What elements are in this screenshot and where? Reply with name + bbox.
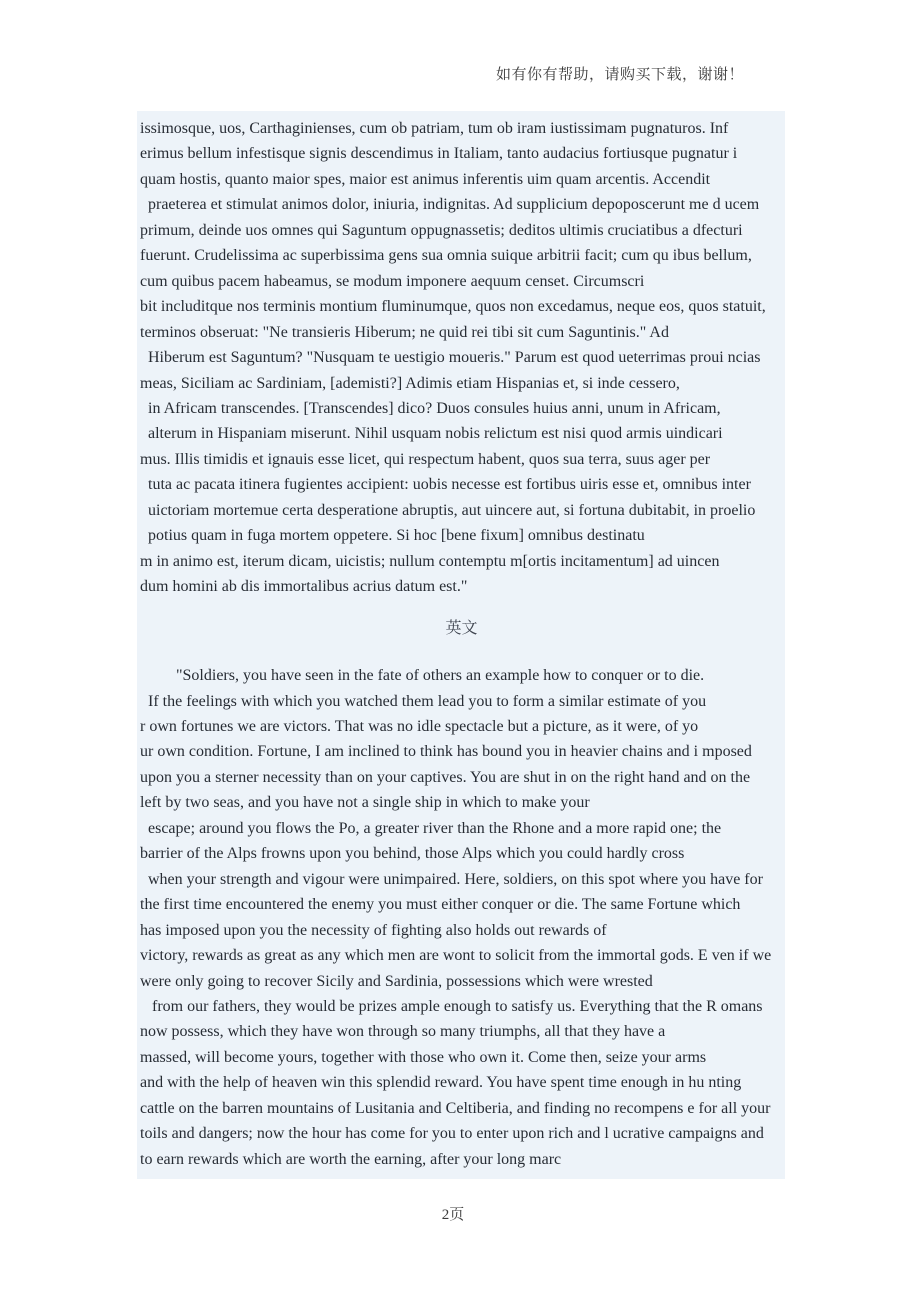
text-line: m in animo est, iterum dicam, uicistis; …: [140, 549, 783, 574]
text-line: cum quibus pacem habeamus, se modum impo…: [140, 269, 783, 294]
text-line: If the feelings with which you watched t…: [140, 689, 783, 714]
text-line: ur own condition. Fortune, I am inclined…: [140, 739, 783, 764]
text-line: r own fortunes we are victors. That was …: [140, 714, 783, 739]
document-text-block: issimosque, uos, Carthaginienses, cum ob…: [137, 111, 785, 1179]
section-heading-english: 英文: [140, 616, 783, 641]
text-line: massed, will become yours, together with…: [140, 1045, 783, 1070]
text-line: praeterea et stimulat animos dolor, iniu…: [140, 192, 783, 217]
text-line: "Soldiers, you have seen in the fate of …: [140, 663, 783, 688]
text-line: bit includitque nos terminis montium flu…: [140, 294, 783, 319]
text-line: to earn rewards which are worth the earn…: [140, 1147, 783, 1172]
text-line: in Africam transcendes. [Transcendes] di…: [140, 396, 783, 421]
text-line: toils and dangers; now the hour has come…: [140, 1121, 783, 1146]
text-line: left by two seas, and you have not a sin…: [140, 790, 783, 815]
text-line: alterum in Hispaniam miserunt. Nihil usq…: [140, 421, 783, 446]
text-line: now possess, which they have won through…: [140, 1019, 783, 1044]
header-note: 如有你有帮助，请购买下载，谢谢！: [496, 63, 744, 84]
text-line: when your strength and vigour were unimp…: [140, 867, 783, 892]
text-line: were only going to recover Sicily and Sa…: [140, 969, 783, 994]
text-line: from our fathers, they would be prizes a…: [140, 994, 783, 1019]
english-paragraph: "Soldiers, you have seen in the fate of …: [140, 663, 783, 1172]
text-line: upon you a sterner necessity than on you…: [140, 765, 783, 790]
page-number: 2页: [0, 1203, 906, 1224]
text-line: fuerunt. Crudelissima ac superbissima ge…: [140, 243, 783, 268]
text-line: mus. Illis timidis et ignauis esse licet…: [140, 447, 783, 472]
text-line: quam hostis, quanto maior spes, maior es…: [140, 167, 783, 192]
text-line: cattle on the barren mountains of Lusita…: [140, 1096, 783, 1121]
text-line: terminos obseruat: "Ne transieris Hiberu…: [140, 320, 783, 345]
text-line: erimus bellum infestisque signis descend…: [140, 141, 783, 166]
text-line: victory, rewards as great as any which m…: [140, 943, 783, 968]
text-line: the first time encountered the enemy you…: [140, 892, 783, 917]
latin-paragraph: issimosque, uos, Carthaginienses, cum ob…: [140, 116, 783, 600]
text-line: primum, deinde uos omnes qui Saguntum op…: [140, 218, 783, 243]
text-line: has imposed upon you the necessity of fi…: [140, 918, 783, 943]
text-line: issimosque, uos, Carthaginienses, cum ob…: [140, 116, 783, 141]
text-line: tuta ac pacata itinera fugientes accipie…: [140, 472, 783, 497]
text-line: meas, Siciliam ac Sardiniam, [ademisti?]…: [140, 371, 783, 396]
text-line: potius quam in fuga mortem oppetere. Si …: [140, 523, 783, 548]
text-line: dum homini ab dis immortalibus acrius da…: [140, 574, 783, 599]
text-line: and with the help of heaven win this spl…: [140, 1070, 783, 1095]
text-line: uictoriam mortemue certa desperatione ab…: [140, 498, 783, 523]
text-line: escape; around you flows the Po, a great…: [140, 816, 783, 841]
text-line: Hiberum est Saguntum? "Nusquam te uestig…: [140, 345, 783, 370]
text-line: barrier of the Alps frowns upon you behi…: [140, 841, 783, 866]
